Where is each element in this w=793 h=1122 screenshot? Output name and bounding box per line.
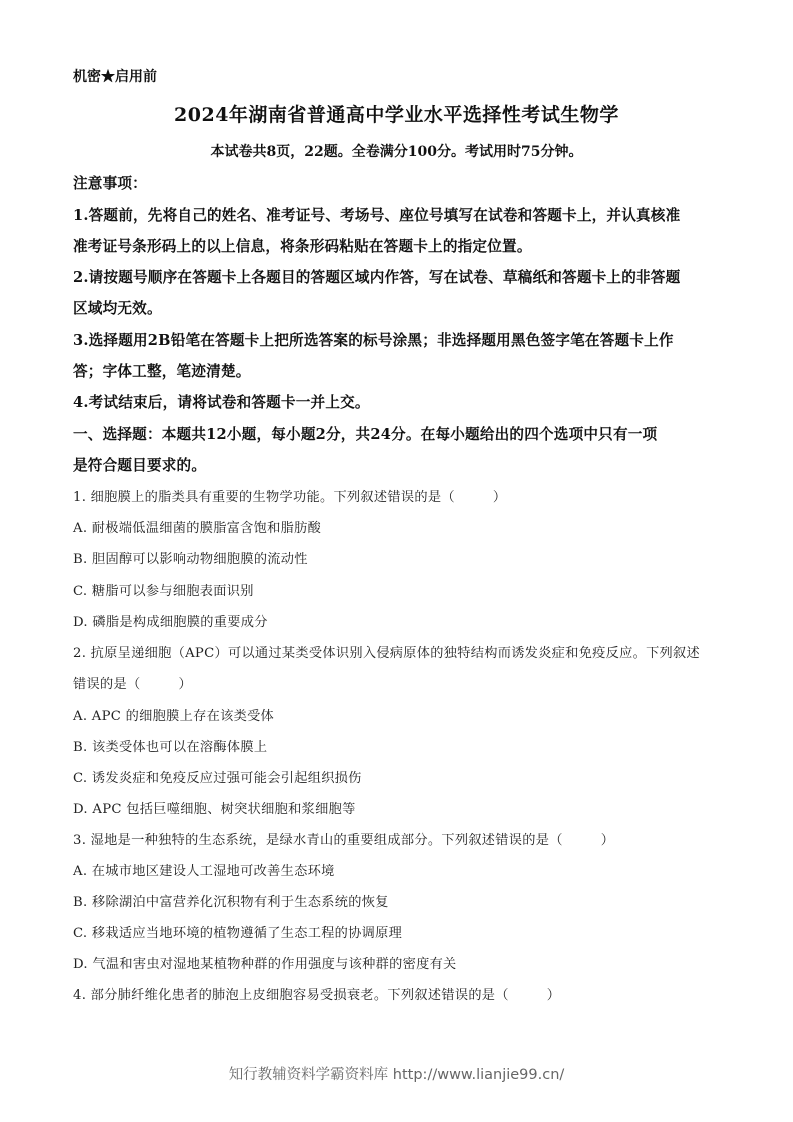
notice-heading: 注意事项： <box>73 172 147 193</box>
notice-line: 4.考试结束后，请将试卷和答题卡一并上交。 <box>73 391 370 412</box>
question-1-option-c: C. 糖脂可以参与细胞表面识别 <box>73 580 254 599</box>
confidential-label: 机密★启用前 <box>73 66 157 86</box>
section-heading: 一、选择题：本题共12小题，每小题2分，共24分。在每小题给出的四个选项中只有一… <box>73 423 657 444</box>
section-heading-cont: 是符合题目要求的。 <box>73 454 206 475</box>
question-2-stem-cont: 错误的是（） <box>73 673 192 692</box>
question-3-option-c: C. 移栽适应当地环境的植物遵循了生态工程的协调原理 <box>73 922 402 941</box>
notice-line: 1.答题前，先将自己的姓名、准考证号、考场号、座位号填写在试卷和答题卡上，并认真… <box>73 204 680 225</box>
question-3-option-d: D. 气温和害虫对湿地某植物种群的作用强度与该种群的密度有关 <box>73 953 457 972</box>
exam-page: 机密★启用前 2024年湖南省普通高中学业水平选择性考试生物学 本试卷共8页，2… <box>0 0 793 1122</box>
notice-line: 区域均无效。 <box>73 297 162 318</box>
question-2-option-c: C. 诱发炎症和免疫反应过强可能会引起组织损伤 <box>73 767 362 786</box>
notice-line: 答；字体工整，笔迹清楚。 <box>73 360 251 381</box>
question-2-option-a: A. APC 的细胞膜上存在该类受体 <box>73 705 274 724</box>
question-3-stem: 3. 湿地是一种独特的生态系统，是绿水青山的重要组成部分。下列叙述错误的是（） <box>73 829 614 848</box>
question-1-option-a: A. 耐极端低温细菌的膜脂富含饱和脂肪酸 <box>73 517 321 536</box>
question-3-option-a: A. 在城市地区建设人工湿地可改善生态环境 <box>73 860 335 879</box>
exam-title: 2024年湖南省普通高中学业水平选择性考试生物学 <box>0 100 793 127</box>
question-2-option-d: D. APC 包括巨噬细胞、树突状细胞和浆细胞等 <box>73 798 356 817</box>
question-3-option-b: B. 移除湖泊中富营养化沉积物有利于生态系统的恢复 <box>73 891 389 910</box>
notice-line: 2.请按题号顺序在答题卡上各题目的答题区域内作答，写在试卷、草稿纸和答题卡上的非… <box>73 266 680 287</box>
question-4-stem: 4. 部分肺纤维化患者的肺泡上皮细胞容易受损衰老。下列叙述错误的是（） <box>73 984 560 1003</box>
notice-line: 3.选择题用2B铅笔在答题卡上把所选答案的标号涂黑；非选择题用黑色签字笔在答题卡… <box>73 329 674 350</box>
watermark-footer: 知行教辅资料学霸资料库 http://www.lianjie99.cn/ <box>0 1063 793 1084</box>
exam-subtitle: 本试卷共8页，22题。全卷满分100分。考试用时75分钟。 <box>0 141 793 161</box>
question-1-stem: 1. 细胞膜上的脂类具有重要的生物学功能。下列叙述错误的是（） <box>73 486 506 505</box>
question-2-option-b: B. 该类受体也可以在溶酶体膜上 <box>73 736 267 755</box>
question-1-option-b: B. 胆固醇可以影响动物细胞膜的流动性 <box>73 548 308 567</box>
notice-line: 准考证号条形码上的以上信息，将条形码粘贴在答题卡上的指定位置。 <box>73 235 532 256</box>
question-2-stem: 2. 抗原呈递细胞（APC）可以通过某类受体识别入侵病原体的独特结构而诱发炎症和… <box>73 642 700 661</box>
question-1-option-d: D. 磷脂是构成细胞膜的重要成分 <box>73 611 268 630</box>
